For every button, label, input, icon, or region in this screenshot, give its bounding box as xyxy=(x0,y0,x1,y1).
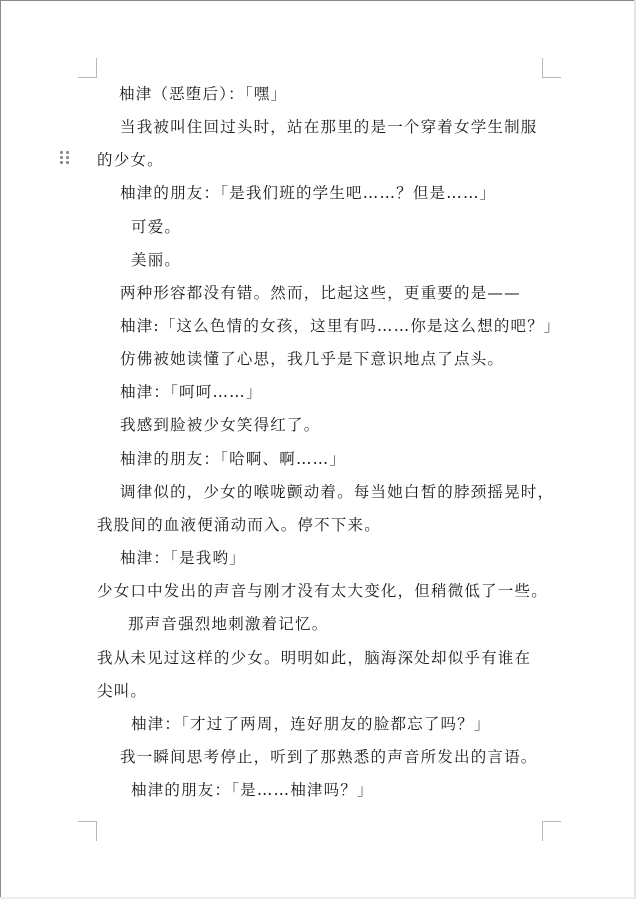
paragraph-line: 柚津:「这么色情的女孩，这里有吗……你是这么想的吧？」 xyxy=(120,316,561,336)
paragraph-line: 柚津：「呵呵……」 xyxy=(120,382,263,402)
paragraph-line: 美丽。 xyxy=(131,250,181,270)
paragraph-line: 柚津的朋友：「是我们班的学生吧……？但是……」 xyxy=(120,183,496,203)
margin-corner-mark-top-right xyxy=(542,58,561,78)
paragraph-line: 我从未见过这样的少女。明明如此，脑海深处却似乎有谁在 xyxy=(97,648,531,668)
paragraph-line: 少女口中发出的声音与刚才没有太大变化，但稍微低了一些。 xyxy=(97,581,548,601)
paragraph-line: 我感到脸被少女笑得红了。 xyxy=(120,415,320,435)
paragraph-line: 尖叫。 xyxy=(97,681,147,701)
margin-corner-mark-bottom-left xyxy=(78,821,97,841)
paragraph-line: 柚津：「是我哟」 xyxy=(120,548,246,568)
paragraph-line: 柚津的朋友：「是……柚津吗？」 xyxy=(131,780,374,800)
paragraph-line: 柚津的朋友：「哈啊、啊……」 xyxy=(120,449,346,469)
paragraph-line: 当我被叫住回过头时，站在那里的是一个穿着女学生制服 xyxy=(120,117,538,137)
paragraph-line: 可爱。 xyxy=(131,217,181,237)
paragraph-line: 柚津：「才过了两周，连好朋友的脸都忘了吗？」 xyxy=(131,714,491,734)
paragraph-line: 的少女。 xyxy=(97,150,164,170)
paragraph-line: 柚津（恶堕后）：「嘿」 xyxy=(119,84,287,104)
margin-corner-mark-top-left xyxy=(78,58,97,78)
paragraph-line: 仿佛被她读懂了心思，我几乎是下意识地点了点头。 xyxy=(120,349,504,369)
paragraph-line: 那声音强烈地刺激着记忆。 xyxy=(128,614,328,634)
paragraph-line: 我股间的血液便涌动而入。停不下来。 xyxy=(97,515,381,535)
paragraph-line: 两种形容都没有错。然而，比起这些，更重要的是—— xyxy=(120,283,521,303)
margin-corner-mark-bottom-right xyxy=(542,821,561,841)
drag-handle-dots-icon[interactable] xyxy=(60,151,69,165)
paragraph-line: 调律似的，少女的喉咙颤动着。每当她白皙的脖颈摇晃时， xyxy=(120,482,554,502)
paragraph-line: 我一瞬间思考停止，听到了那熟悉的声音所发出的言语。 xyxy=(120,747,538,767)
